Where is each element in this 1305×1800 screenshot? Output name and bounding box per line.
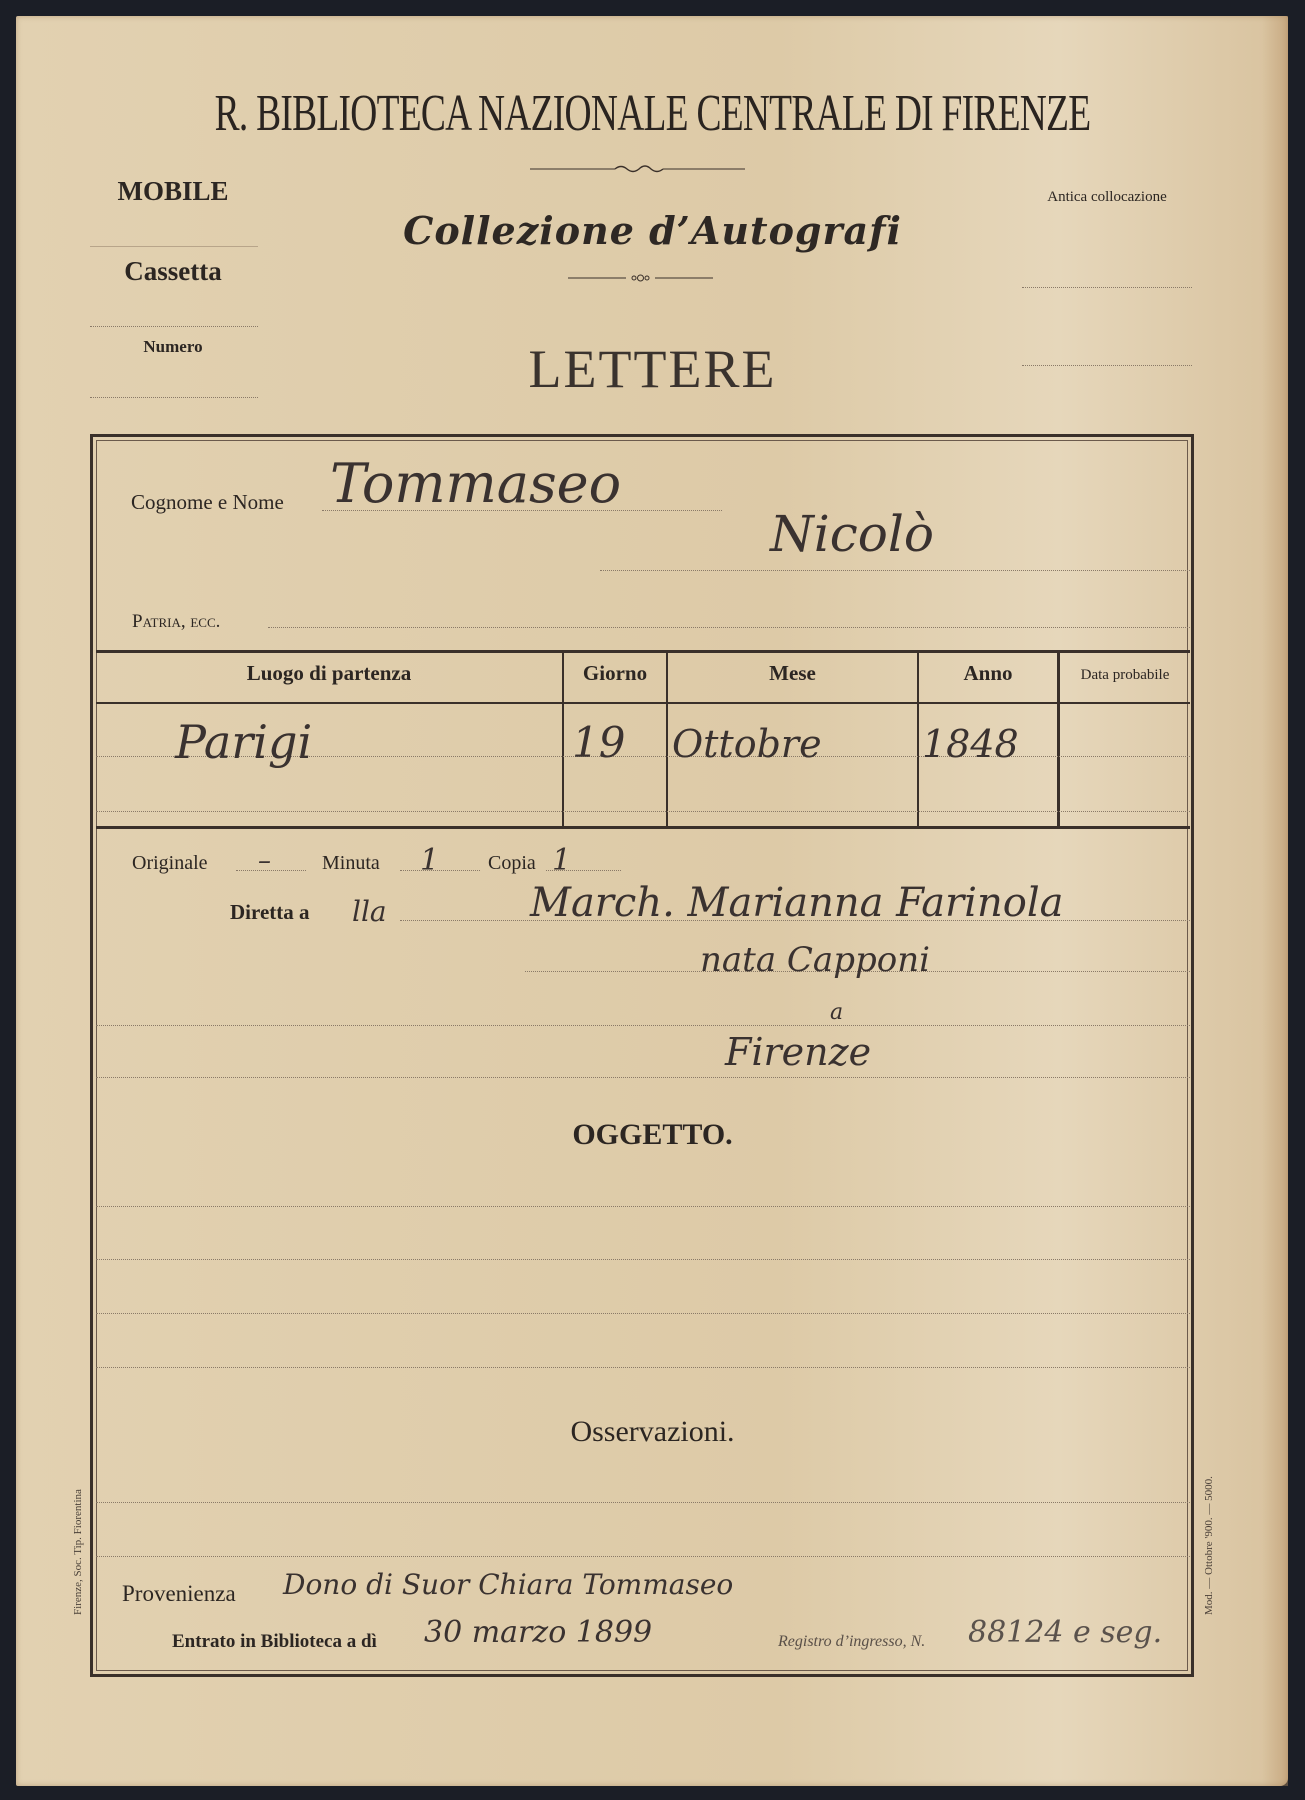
osservazioni-line-1 xyxy=(96,1502,1190,1503)
diretta-label: Diretta a xyxy=(230,900,310,925)
entrato-value: 30 marzo 1899 xyxy=(424,1615,652,1650)
nome-field-line xyxy=(600,570,1190,571)
osservazioni-title: Osservazioni. xyxy=(0,1415,1305,1449)
header-anno: Anno xyxy=(919,661,1057,686)
oggetto-line-3 xyxy=(96,1313,1190,1314)
cell-anno: 1848 xyxy=(922,722,1019,766)
oggetto-line-1 xyxy=(96,1206,1190,1207)
mobile-label: MOBILE xyxy=(88,176,258,207)
numero-field xyxy=(90,397,258,398)
oggetto-title: OGGETTO. xyxy=(0,1118,1305,1152)
mobile-field xyxy=(90,246,258,247)
cassetta-label: Cassetta xyxy=(88,256,258,287)
minuta-label: Minuta xyxy=(322,852,380,875)
provenienza-value: Dono di Suor Chiara Tommaseo xyxy=(283,1568,733,1601)
cassetta-field xyxy=(90,326,258,327)
nome-value: Nicolò xyxy=(770,505,934,563)
table-top-rule xyxy=(96,650,1190,653)
institution-title: R. BIBLIOTECA NAZIONALE CENTRALE DI FIRE… xyxy=(183,84,1123,143)
recipient-preposition: a xyxy=(830,1000,843,1025)
printer-imprint: Firenze, Soc. Tip. Fiorentina xyxy=(72,1489,84,1615)
registro-label: Registro d’ingresso, N. xyxy=(778,1633,925,1651)
recipient-city: Firenze xyxy=(725,1030,871,1074)
cell-luogo: Parigi xyxy=(175,715,312,769)
patria-label: Patria, ecc. xyxy=(132,611,220,633)
registro-value: 88124 e seg. xyxy=(968,1615,1162,1650)
recipient-line-3 xyxy=(96,1025,1190,1026)
antica-collocazione-label: Antica collocazione xyxy=(1022,189,1192,206)
header-luogo: Luogo di partenza xyxy=(96,661,562,686)
copia-value: 1 xyxy=(552,843,571,878)
numero-label: Numero xyxy=(88,337,258,357)
cognome-value: Tommaseo xyxy=(330,452,621,515)
record-box xyxy=(90,434,1194,1677)
originale-label: Originale xyxy=(132,852,208,875)
oggetto-line-4 xyxy=(96,1367,1190,1368)
recipient-line-4 xyxy=(96,1077,1190,1078)
table-header-rule xyxy=(96,702,1190,704)
recipient-maiden-name: nata Capponi xyxy=(700,940,930,980)
antica-collocazione-field-1 xyxy=(1022,287,1192,288)
header-giorno: Giorno xyxy=(564,661,666,686)
cognome-nome-label: Cognome e Nome xyxy=(131,490,284,515)
recipient-name: March. Marianna Farinola xyxy=(530,880,1063,926)
originale-value: – xyxy=(258,846,271,876)
oggetto-line-2 xyxy=(96,1259,1190,1260)
antica-collocazione-field-2 xyxy=(1022,365,1192,366)
minuta-field-line xyxy=(400,870,480,871)
copia-label: Copia xyxy=(488,852,536,875)
ornament-divider-bottom xyxy=(568,273,713,283)
patria-field-line xyxy=(268,627,1190,628)
osservazioni-line-2 xyxy=(96,1556,1190,1557)
table-row-line-2 xyxy=(96,811,1190,812)
diretta-suffix: lla xyxy=(352,895,387,928)
provenienza-label: Provenienza xyxy=(122,1581,236,1607)
cell-mese: Ottobre xyxy=(672,722,822,766)
minuta-value: 1 xyxy=(420,843,439,878)
cell-giorno: 19 xyxy=(572,718,625,767)
entrato-label: Entrato in Biblioteca a dì xyxy=(172,1631,377,1653)
model-imprint: Mod. — Ottobre '900. — 5000. xyxy=(1203,1476,1215,1615)
header-mese: Mese xyxy=(668,661,917,686)
ornament-divider-top xyxy=(530,163,745,173)
table-bottom-rule xyxy=(96,826,1190,829)
originale-field-line xyxy=(236,870,306,871)
header-data-probabile: Data probabile xyxy=(1060,667,1190,684)
